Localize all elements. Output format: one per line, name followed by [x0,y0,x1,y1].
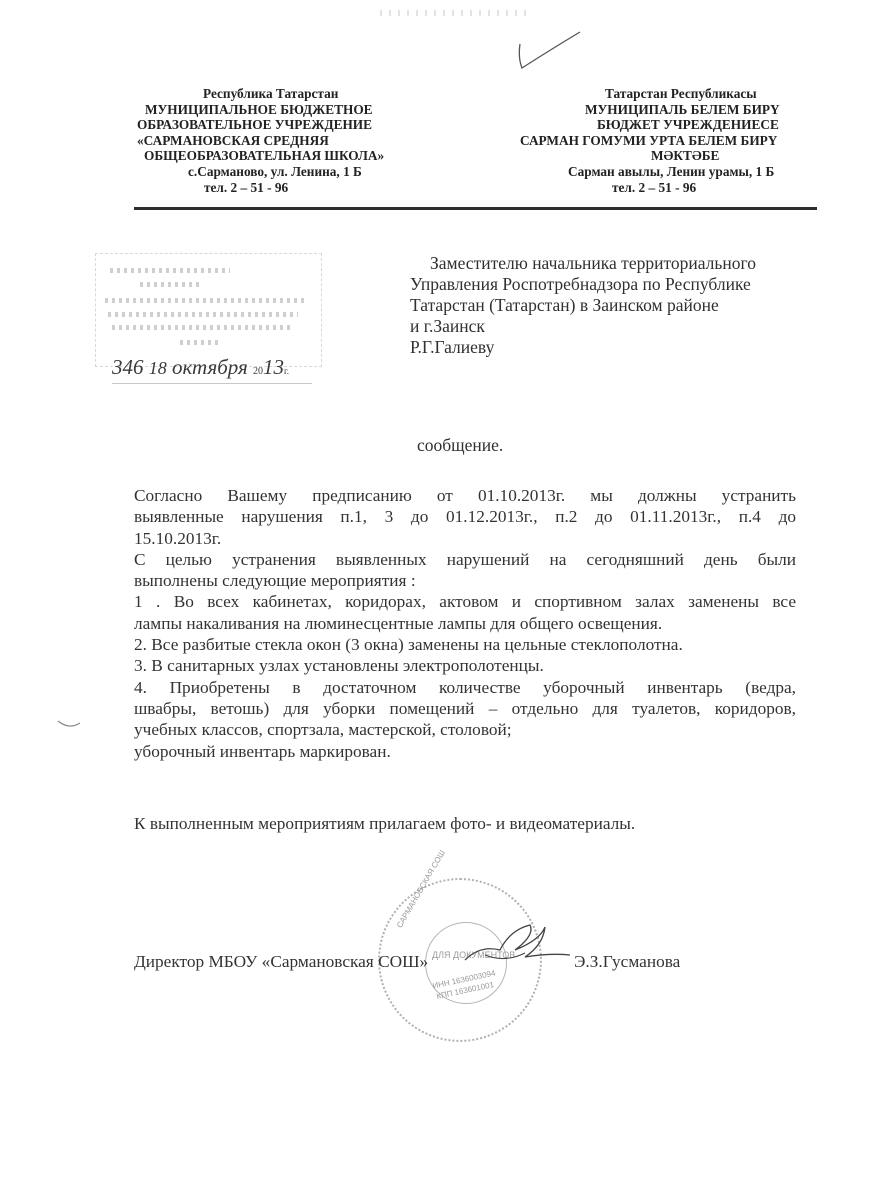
header-left-line: Республика Татарстан [137,86,427,102]
reg-month: октября [172,355,248,379]
addressee-line: и г.Заинск [410,316,810,337]
header-right-line: Сарман авылы, Ленин урамы, 1 Б [520,164,820,180]
stamp-faded-line [180,340,220,345]
header-right-line: БЮДЖЕТ УЧРЕЖДЕНИЕСЕ [520,117,820,133]
body-line: 1 . Во всех кабинетах, коридорах, актово… [134,591,796,612]
list-item: 4. Приобретены в достаточном количестве … [134,677,796,762]
header-left-line: тел. 2 – 51 - 96 [137,180,427,196]
header-right-line: САРМАН ГОМУМИ УРТА БЕЛЕМ БИРҮ [520,133,820,149]
header-right-line: тел. 2 – 51 - 96 [520,180,820,196]
reg-number: 346 [112,355,144,379]
header-right-line: МУНИЦИПАЛЬ БЕЛЕМ БИРҮ [520,102,820,118]
body-line: лампы накаливания на люминесцентные ламп… [134,613,796,634]
reg-year-mark: г. [284,366,289,376]
addressee-line: Управления Роспотребнадзора по Республик… [410,274,810,295]
body-line: 3. В санитарных узлах установлены электр… [134,655,796,676]
body-line: выполнены следующие мероприятия : [134,570,796,591]
header-left-line: с.Сарманово, ул. Ленина, 1 Б [137,164,427,180]
header-right-line: МӘКТӘБЕ [520,148,820,164]
stamp-faded-line [110,268,230,273]
scan-noise [380,10,530,16]
stamp-faded-line [105,298,305,303]
body-line: 2. Все разбитые стекла окон (3 окна) зам… [134,634,796,655]
body-line: учебных классов, спортзала, мастерской, … [134,719,796,740]
signatory-position: Директор МБОУ «Сармановская СОШ» [134,951,428,972]
header-divider [134,207,817,210]
reg-year-prefix: 20 [253,366,263,377]
header-right: Татарстан Республикасы МУНИЦИПАЛЬ БЕЛЕМ … [520,86,820,195]
header-left: Республика Татарстан МУНИЦИПАЛЬНОЕ БЮДЖЕ… [137,86,427,195]
stamp-faded-line [140,282,200,287]
reg-day: 18 [149,358,167,378]
checkmark-icon [510,30,585,75]
letter-body: Согласно Вашему предписанию от 01.10.201… [134,485,796,762]
addressee-block: Заместителю начальника территориального … [410,253,810,358]
header-left-line: МУНИЦИПАЛЬНОЕ БЮДЖЕТНОЕ [137,102,427,118]
body-line: уборочный инвентарь маркирован. [134,741,796,762]
header-left-line: ОБЩЕОБРАЗОВАТЕЛЬНАЯ ШКОЛА» [137,148,427,164]
body-line: швабры, ветошь) для уборки помещений – о… [134,698,796,719]
list-item: 3. В санитарных узлах установлены электр… [134,655,796,676]
body-line: С целью устранения выявленных нарушений … [134,549,796,570]
header-right-line: Татарстан Республикасы [520,86,820,102]
registration-entry: 346 18 октября 2013г. [112,355,289,380]
header-left-line: «САРМАНОВСКАЯ СРЕДНЯЯ [137,133,427,149]
stamp-faded-line [112,325,292,330]
signatory-name: Э.З.Гусманова [574,951,680,972]
addressee-line: Татарстан (Татарстан) в Заинском районе [410,295,810,316]
body-line: 4. Приобретены в достаточном количестве … [134,677,796,698]
stamp-faded-line [108,312,298,317]
body-line: Согласно Вашему предписанию от 01.10.201… [134,485,796,506]
addressee-line: Заместителю начальника территориального [410,253,810,274]
body-line: 15.10.2013г. [134,528,796,549]
scan-mark [55,718,85,732]
body-line: выявленные нарушения п.1, 3 до 01.12.201… [134,506,796,527]
addressee-line: Р.Г.Галиеву [410,337,810,358]
closing-line: К выполненным мероприятиям прилагаем фот… [134,813,635,834]
list-item: 2. Все разбитые стекла окон (3 окна) зам… [134,634,796,655]
list-item: 1 . Во всех кабинетах, коридорах, актово… [134,591,796,634]
handwritten-signature [455,915,575,975]
header-left-line: ОБРАЗОВАТЕЛЬНОЕ УЧРЕЖДЕНИЕ [137,117,427,133]
stamp-underline [112,383,312,384]
document-title: сообщение. [417,435,503,456]
reg-year-suffix: 13 [263,355,284,379]
